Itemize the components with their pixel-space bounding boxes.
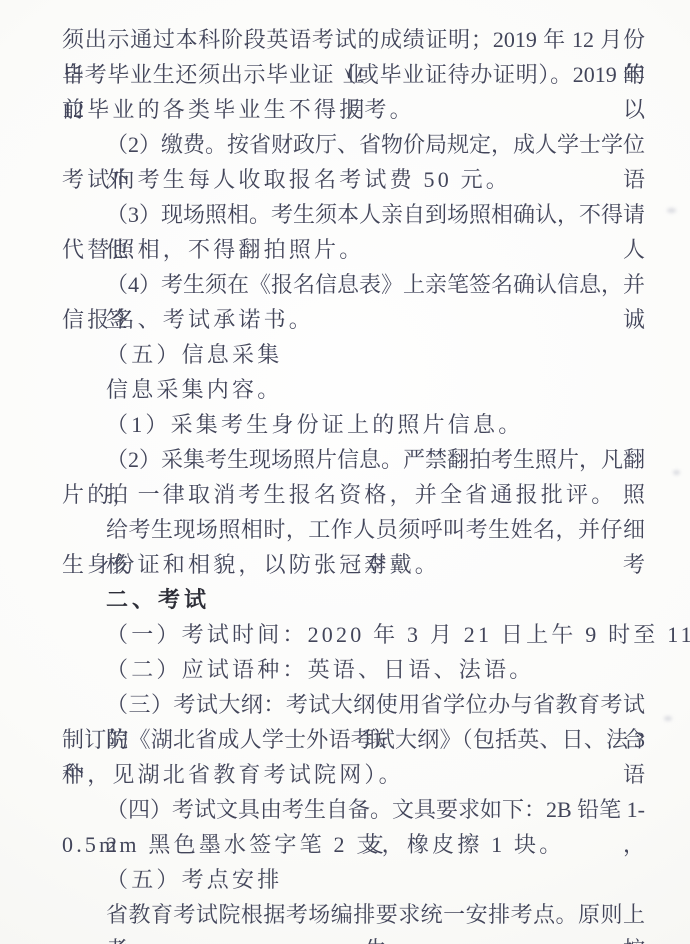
- doc-line: 省教育考试院根据考场编排要求统一安排考点。原则上考生按: [62, 897, 645, 932]
- doc-line: （一）考试时间：2020 年 3 月 21 日上午 9 时至 11 时。: [62, 617, 645, 652]
- document-text-block: 须出示通过本科阶段英语考试的成绩证明；2019 年 12 月份毕业的 自考毕业生…: [62, 22, 645, 932]
- doc-line: 制订的《湖北省成人学士外语考试大纲》（包括英、日、法 3 个语: [62, 722, 645, 757]
- scan-artifact: [673, 470, 680, 475]
- doc-line: 须出示通过本科阶段英语考试的成绩证明；2019 年 12 月份毕业的: [62, 22, 645, 57]
- doc-line: （二）应试语种：英语、日语、法语。: [62, 652, 645, 687]
- doc-section-heading: （五）考点安排: [62, 862, 645, 897]
- doc-chapter-heading: 二、考试: [62, 582, 645, 617]
- doc-line: 0.5mm 黑色墨水签字笔 2 支，橡皮擦 1 块。: [62, 827, 645, 862]
- doc-line: 给考生现场照相时，工作人员须呼叫考生姓名，并仔细核对考: [62, 512, 645, 547]
- doc-line: 自考毕业生还须出示毕业证（或毕业证待办证明）。2019 年 12 月以: [62, 57, 645, 92]
- doc-line: （4）考生须在《报名信息表》上亲笔签名确认信息，并签诚: [62, 267, 645, 302]
- doc-line: （3）现场照相。考生须本人亲自到场照相确认，不得请他人: [62, 197, 645, 232]
- scanned-document-page: 须出示通过本科阶段英语考试的成绩证明；2019 年 12 月份毕业的 自考毕业生…: [0, 0, 690, 944]
- doc-line: （2）缴费。按省财政厅、省物价局规定，成人学士学位外语: [62, 127, 645, 162]
- doc-line: 信息采集内容。: [62, 372, 645, 407]
- doc-line: （1）采集考生身份证上的照片信息。: [62, 407, 645, 442]
- doc-line: 片的，一律取消考生报名资格，并全省通报批评。: [62, 477, 645, 512]
- doc-section-heading: （五）信息采集: [62, 337, 645, 372]
- doc-line: （四）考试文具由考生自备。文具要求如下：2B 铅笔 1-2 支，: [62, 792, 645, 827]
- doc-line: （2）采集考生现场照片信息。严禁翻拍考生照片，凡翻拍照: [62, 442, 645, 477]
- doc-line: （三）考试大纲：考试大纲使用省学位办与省教育考试院联合: [62, 687, 645, 722]
- scan-artifact: [667, 208, 676, 213]
- scan-artifact: [664, 716, 672, 721]
